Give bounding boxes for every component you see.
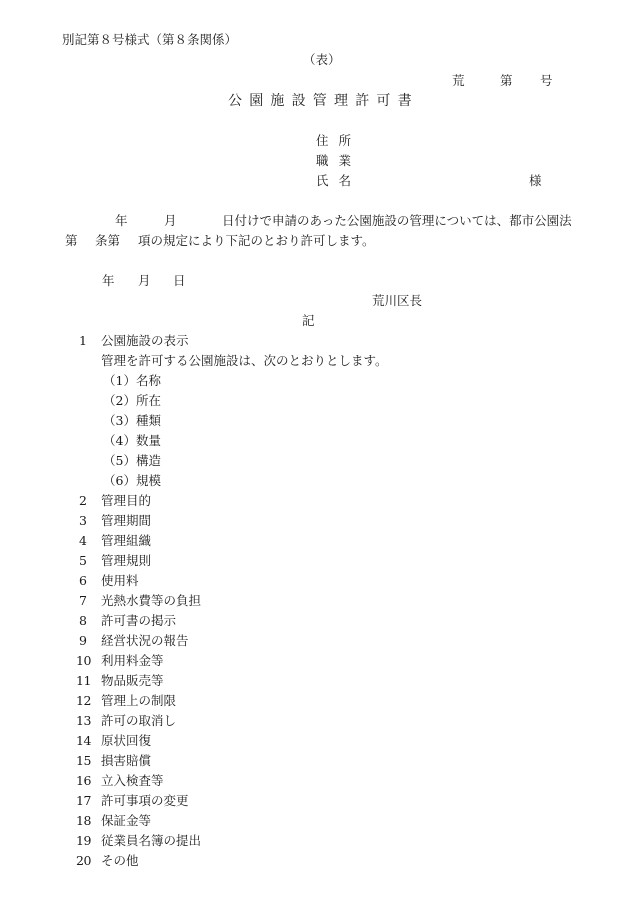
list-item: （6）規模 <box>0 473 630 493</box>
body-line-1-text: 日付けで申請のあった公園施設の管理については、都市公園法 <box>222 213 572 229</box>
doc-number-dai: 第 <box>500 73 513 89</box>
list-item: 3管理期間 <box>0 513 630 533</box>
ki-heading: 記 <box>302 313 315 329</box>
side-label: （表） <box>303 52 341 68</box>
list-item: （2）所在 <box>0 393 630 413</box>
doc-number-prefix: 荒 <box>452 73 465 89</box>
list-item: （4）数量 <box>0 433 630 453</box>
list-item: 管理を許可する公園施設は、次のとおりとします。 <box>0 353 630 373</box>
list-item: 12管理上の制限 <box>0 693 630 713</box>
list-item: 15損害賠償 <box>0 753 630 773</box>
list-item: 20その他 <box>0 853 630 873</box>
list-item: 4管理組織 <box>0 533 630 553</box>
doc-number-go: 号 <box>540 73 553 89</box>
list-item: （5）構造 <box>0 453 630 473</box>
conditions-list: 1公園施設の表示 管理を許可する公園施設は、次のとおりとします。 （1）名称 （… <box>0 333 630 873</box>
body-clause: 条第 <box>95 233 120 249</box>
form-reference: 別記第８号様式（第８条関係） <box>62 32 237 48</box>
list-item: 16立入検査等 <box>0 773 630 793</box>
body-line-2-text: 項の規定により下記のとおり許可します。 <box>138 233 375 249</box>
document-title: 公園施設管理許可書 <box>228 93 419 109</box>
date-day: 日 <box>173 273 186 289</box>
list-item: 5管理規則 <box>0 553 630 573</box>
list-item: 18保証金等 <box>0 813 630 833</box>
list-item: 19従業員名簿の提出 <box>0 833 630 853</box>
body-month: 月 <box>164 213 177 229</box>
list-item: 1公園施設の表示 <box>0 333 630 353</box>
issuer: 荒川区長 <box>372 293 422 309</box>
date-year: 年 <box>102 273 115 289</box>
list-item: （1）名称 <box>0 373 630 393</box>
list-item: 10利用料金等 <box>0 653 630 673</box>
date-month: 月 <box>138 273 151 289</box>
body-year: 年 <box>115 213 128 229</box>
name-label: 氏名 <box>316 173 361 189</box>
list-item: 11物品販売等 <box>0 673 630 693</box>
list-item: 8許可書の掲示 <box>0 613 630 633</box>
occupation-label: 職業 <box>316 153 361 169</box>
list-item: 17許可事項の変更 <box>0 793 630 813</box>
list-item: 6使用料 <box>0 573 630 593</box>
list-item: 2管理目的 <box>0 493 630 513</box>
list-item: 9経営状況の報告 <box>0 633 630 653</box>
address-label: 住所 <box>316 133 361 149</box>
honorific: 様 <box>529 173 542 189</box>
body-article: 第 <box>65 233 78 249</box>
list-item: 13許可の取消し <box>0 713 630 733</box>
list-item: 7光熱水費等の負担 <box>0 593 630 613</box>
list-item: 14原状回復 <box>0 733 630 753</box>
list-item: （3）種類 <box>0 413 630 433</box>
